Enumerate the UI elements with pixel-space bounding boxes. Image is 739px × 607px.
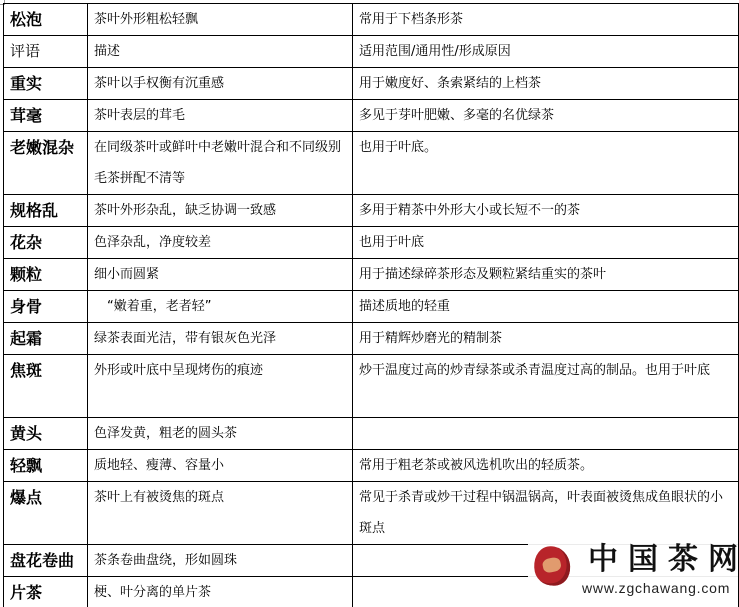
term-cell: 老嫩混杂: [4, 132, 88, 195]
description-cell: 茶叶上有被烫焦的斑点: [88, 482, 353, 545]
seal-handshake-icon: [542, 556, 563, 573]
usage-cell: 常用于粗老茶或被风选机吹出的轻质茶。: [353, 450, 739, 482]
table-row: 松泡 茶叶外形粗松轻飘 常用于下档条形茶: [4, 4, 739, 36]
description-cell: 茶叶外形杂乱，缺乏协调一致感: [88, 195, 353, 227]
watermark-url: www.zgchawang.com: [582, 580, 730, 596]
table-row: 重实 茶叶以手权衡有沉重感 用于嫩度好、条索紧结的上档茶: [4, 68, 739, 100]
term-cell: 花杂: [4, 227, 88, 259]
description-cell: 茶叶以手权衡有沉重感: [88, 68, 353, 100]
table-row: 茸毫 茶叶表层的茸毛 多见于芽叶肥嫩、多毫的名优绿茶: [4, 100, 739, 132]
table-row: 起霜 绿茶表面光洁，带有银灰色光泽 用于精辉炒磨光的精制茶: [4, 323, 739, 355]
description-cell: 色泽发黄，粗老的圆头茶: [88, 418, 353, 450]
term-cell: 规格乱: [4, 195, 88, 227]
usage-cell: 常用于下档条形茶: [353, 4, 739, 36]
term-cell: 重实: [4, 68, 88, 100]
watermark-title: 中国茶网: [588, 542, 739, 578]
header-usage-cell: 适用范围/通用性/形成原因: [353, 36, 739, 68]
usage-cell: 也用于叶底: [353, 227, 739, 259]
header-description-cell: 描述: [88, 36, 353, 68]
site-watermark: 中国茶网 www.zgchawang.com: [528, 540, 738, 602]
term-cell: 盘花卷曲: [4, 545, 88, 577]
usage-cell: 用于描述绿碎茶形态及颗粒紧结重实的茶叶: [353, 259, 739, 291]
description-cell: 茶条卷曲盘绕，形如圆珠: [88, 545, 353, 577]
term-cell: 起霜: [4, 323, 88, 355]
description-cell: 外形或叶底中呈现烤伤的痕迹: [88, 355, 353, 418]
table-row: 花杂 色泽杂乱，净度较差 也用于叶底: [4, 227, 739, 259]
description-cell: 在同级茶叶或鲜叶中老嫩叶混合和不同级别毛茶拼配不清等: [88, 132, 353, 195]
table-row: 焦斑 外形或叶底中呈现烤伤的痕迹 炒干温度过高的炒青绿茶或杀青温度过高的制品。也…: [4, 355, 739, 418]
term-cell: 身骨: [4, 291, 88, 323]
description-cell: 茶叶表层的茸毛: [88, 100, 353, 132]
description-cell: 茶叶外形粗松轻飘: [88, 4, 353, 36]
tea-terms-body: 松泡 茶叶外形粗松轻飘 常用于下档条形茶 评语 描述 适用范围/通用性/形成原因…: [4, 4, 739, 607]
description-cell: “嫩着重，老者轻”: [88, 291, 353, 323]
term-cell: 焦斑: [4, 355, 88, 418]
description-cell: 梗、叶分离的单片茶: [88, 577, 353, 607]
usage-cell: [353, 418, 739, 450]
table-row: 规格乱 茶叶外形杂乱，缺乏协调一致感 多用于精茶中外形大小或长短不一的茶: [4, 195, 739, 227]
usage-cell: 描述质地的轻重: [353, 291, 739, 323]
table-row: 轻飘 质地轻、瘦薄、容量小 常用于粗老茶或被风选机吹出的轻质茶。: [4, 450, 739, 482]
table-row: 爆点 茶叶上有被烫焦的斑点 常见于杀青或炒干过程中锅温锅高，叶表面被烫焦成鱼眼状…: [4, 482, 739, 545]
tea-terms-table: 松泡 茶叶外形粗松轻飘 常用于下档条形茶 评语 描述 适用范围/通用性/形成原因…: [3, 3, 739, 607]
usage-cell: 常见于杀青或炒干过程中锅温锅高，叶表面被烫焦成鱼眼状的小斑点: [353, 482, 739, 545]
term-cell: 黄头: [4, 418, 88, 450]
term-cell: 轻飘: [4, 450, 88, 482]
term-cell: 颗粒: [4, 259, 88, 291]
description-cell: 色泽杂乱，净度较差: [88, 227, 353, 259]
table-row: 黄头 色泽发黄，粗老的圆头茶: [4, 418, 739, 450]
term-cell: 松泡: [4, 4, 88, 36]
table-header-row: 评语 描述 适用范围/通用性/形成原因: [4, 36, 739, 68]
term-cell: 爆点: [4, 482, 88, 545]
usage-cell: 用于精辉炒磨光的精制茶: [353, 323, 739, 355]
table-row: 颗粒 细小而圆紧 用于描述绿碎茶形态及颗粒紧结重实的茶叶: [4, 259, 739, 291]
description-cell: 绿茶表面光洁，带有银灰色光泽: [88, 323, 353, 355]
usage-cell: 也用于叶底。: [353, 132, 739, 195]
description-cell: 细小而圆紧: [88, 259, 353, 291]
term-cell: 片茶: [4, 577, 88, 607]
header-term-cell: 评语: [4, 36, 88, 68]
tea-seal-logo-icon: [530, 543, 574, 590]
usage-cell: 多用于精茶中外形大小或长短不一的茶: [353, 195, 739, 227]
table-row: 身骨 “嫩着重，老者轻” 描述质地的轻重: [4, 291, 739, 323]
usage-cell: 多见于芽叶肥嫩、多毫的名优绿茶: [353, 100, 739, 132]
description-cell: 质地轻、瘦薄、容量小: [88, 450, 353, 482]
usage-cell: 炒干温度过高的炒青绿茶或杀青温度过高的制品。也用于叶底: [353, 355, 739, 418]
usage-cell: 用于嫩度好、条索紧结的上档茶: [353, 68, 739, 100]
term-cell: 茸毫: [4, 100, 88, 132]
table-row: 老嫩混杂 在同级茶叶或鲜叶中老嫩叶混合和不同级别毛茶拼配不清等 也用于叶底。: [4, 132, 739, 195]
